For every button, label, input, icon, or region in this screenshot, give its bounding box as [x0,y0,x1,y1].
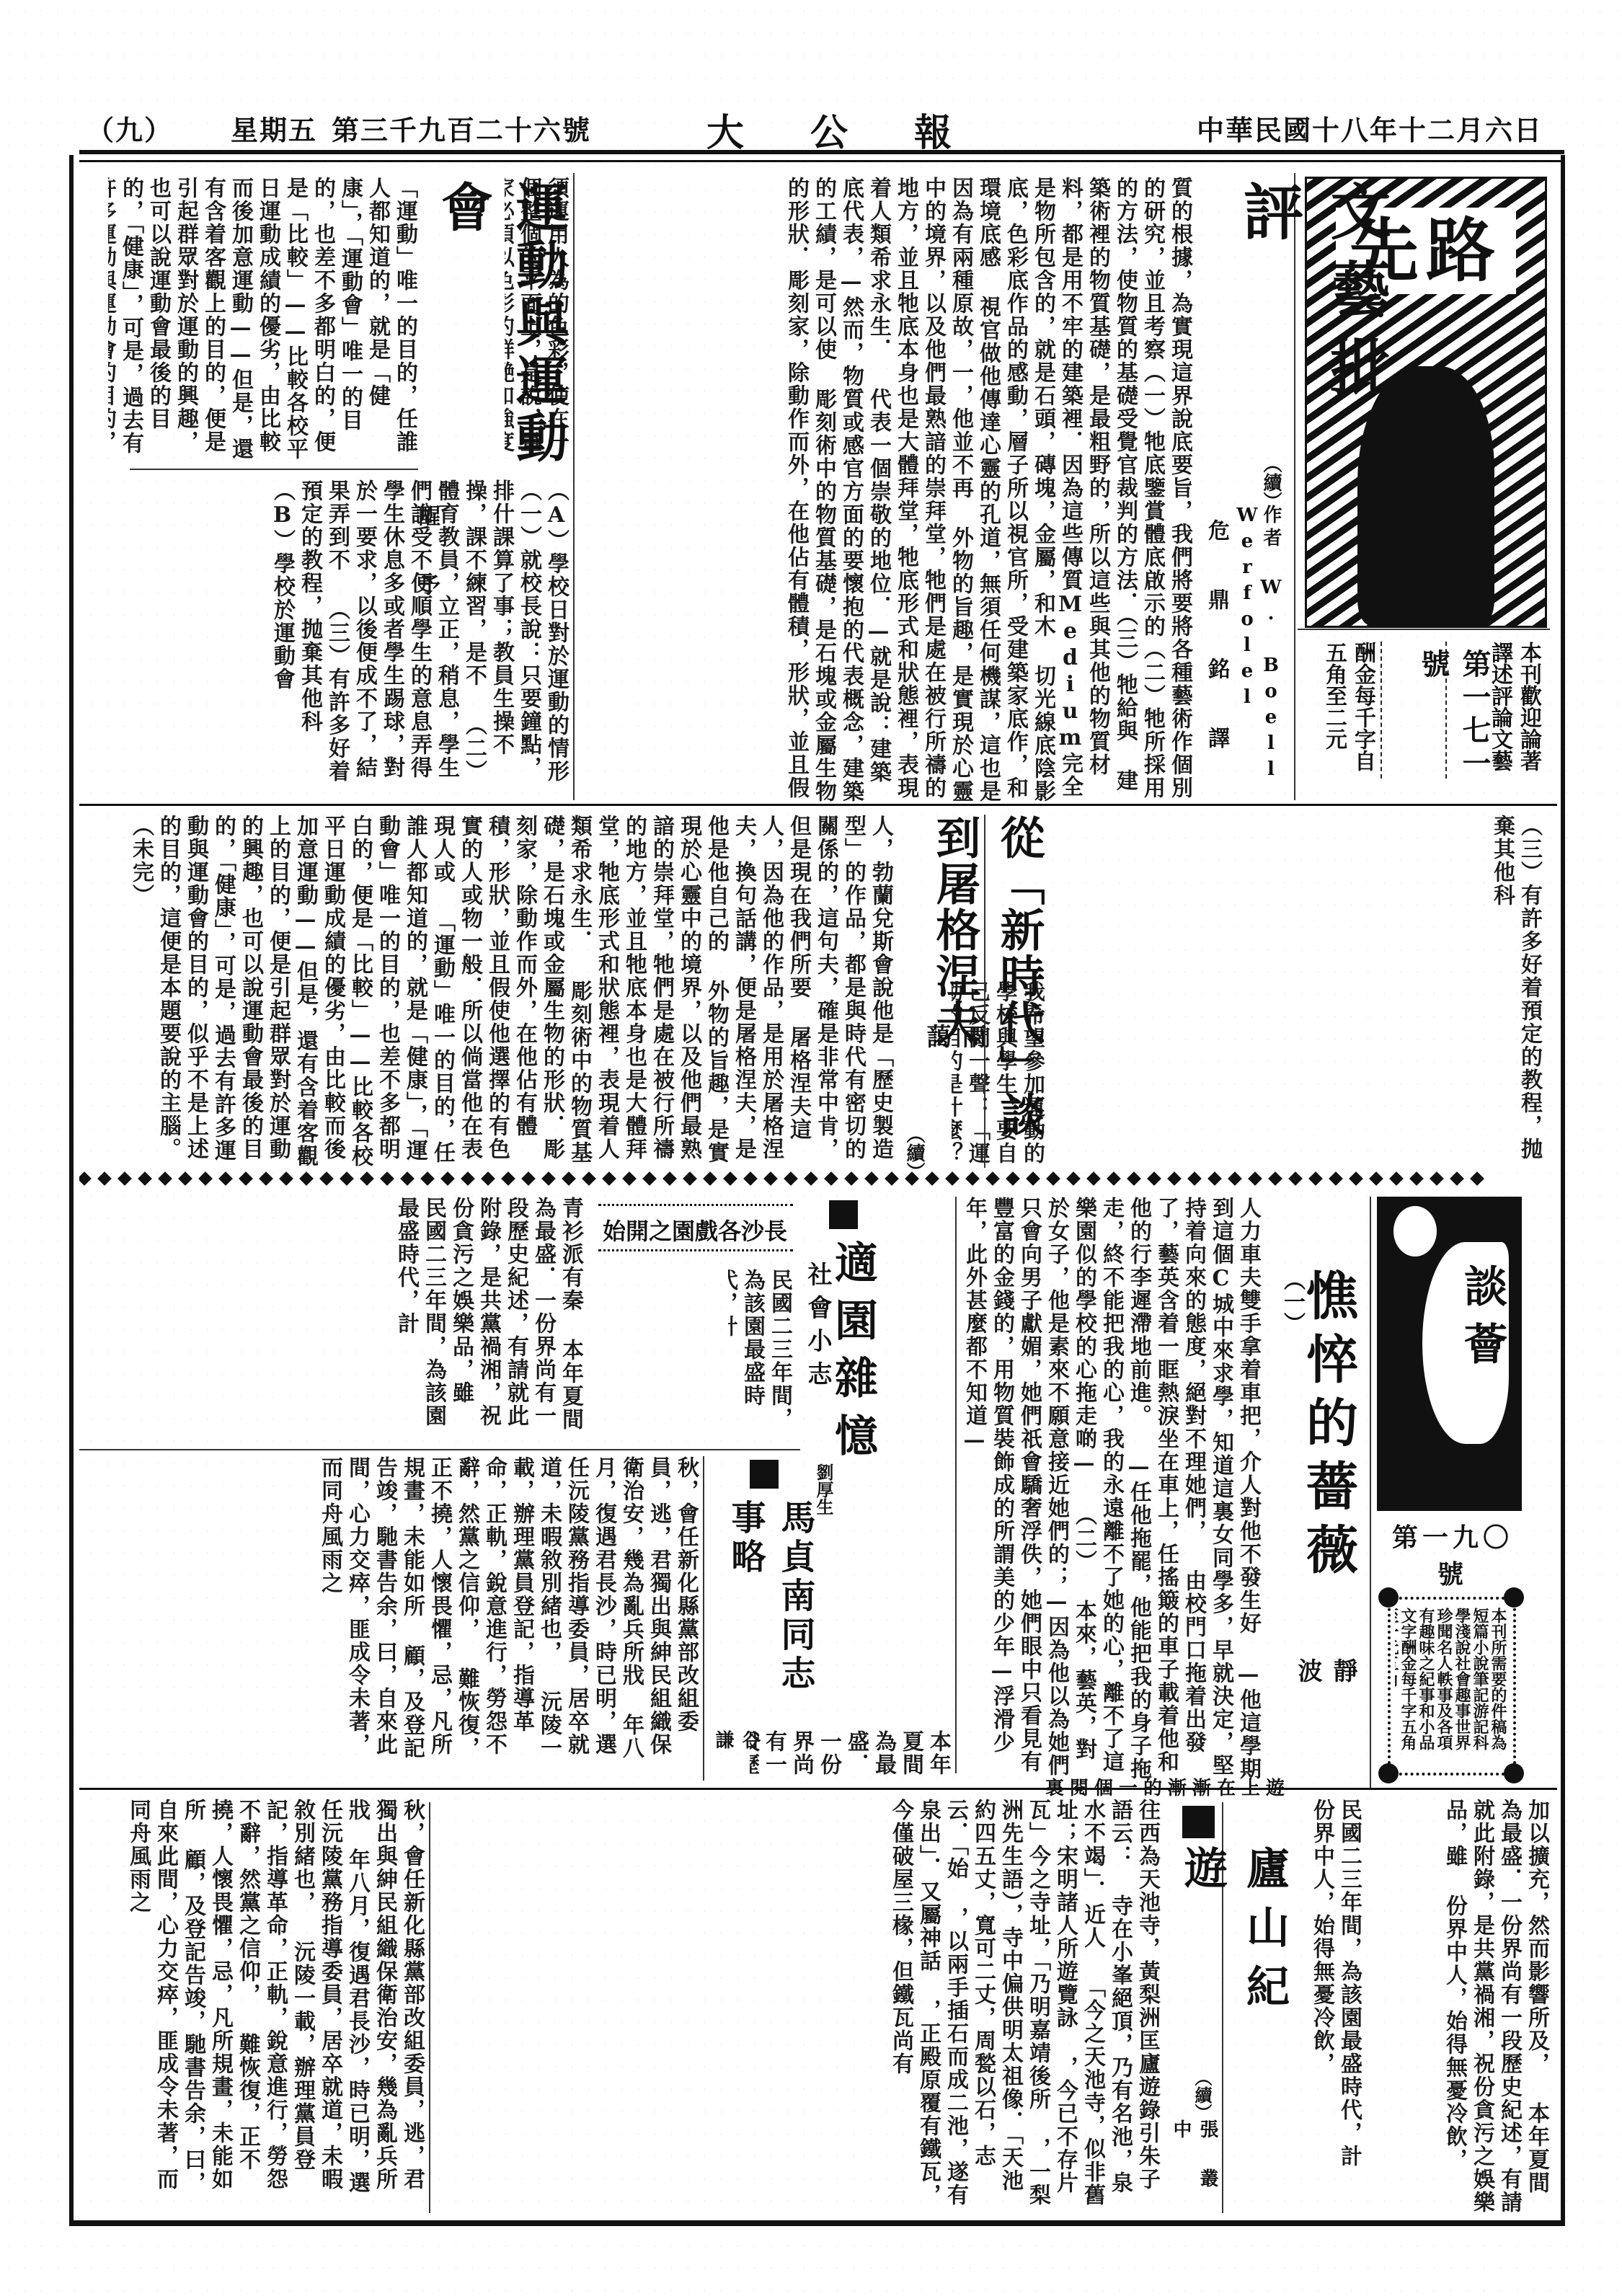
wenyi-body: 質的根據，為實現這界說底要旨，我們將要將各種藝術作個別的研究，並且考察（一）牠底… [782,177,1193,804]
yundong-paragraph: 「運動」唯一的目的，任誰人都知道的，就是「健康」，「運動會」唯一的目的，也差不多… [108,177,417,461]
corner-dot [1504,1587,1524,1608]
frame-right [1561,155,1565,2224]
yundong-divider [130,469,418,470]
shiyuan-continuation: 青衫派有秦 本年夏間為最盛．一份界尚有一段歷史紀述，有請就此附錄，是共黨禍湘，祝… [79,1197,584,1442]
mazhennan-section-title: 馬貞南同志事略 [721,1499,820,1730]
wenyi-section-title: 文藝批評 [1226,180,1400,483]
frame-left [69,155,74,2224]
row-divider [79,1788,1557,1790]
chapter-one: （一） [1276,1269,1308,1326]
publication-date: 中華民國十八年十二月六日 [1197,108,1543,148]
ornamental-border [79,1171,1557,1186]
tanhui-title: 談薈 [1451,1264,1513,1422]
masthead: （九） 星期五 第三千九百二十六號 大 公 報 中華民國十八年十二月六日 [72,108,1557,151]
corner-dot [1378,1587,1399,1608]
xianlu-divider [1298,629,1550,630]
frame-bottom [69,2220,1565,2226]
yundong-list: （A）學校日對於運動的情形 （一）就校長說：只要鐘點，排什課算了事；教員生操不操… [79,479,570,797]
issue-number: 第三千九百二十六號 [332,108,591,148]
section-marker-icon [829,1200,858,1229]
tanhui-story: 人力車夫雙手拿着車把，介人對他不發生好 —他這學期到這個C城中來求學，知道這裏女… [959,1197,1262,1781]
continued-mark: （續） [1189,2069,1215,2112]
wenyi-author: 作者 W. Boell Werfolel [1236,505,1285,793]
tanhui-notice: 本刊所需要的件稿為短篇小說筆記游記科學淺說社會趣事世界珍聞名人軼事及各項有趣味之… [1395,1608,1507,1763]
continued-mark: （續） [1258,454,1285,497]
section-marker-icon [1182,1806,1215,1838]
masthead-rule [79,150,1564,154]
corner-dot [1504,1763,1524,1783]
column-rule [1370,1197,1371,1788]
lushan-section-title: 廬山紀遊 [1171,1845,1295,2062]
yundong-section-title: 運動與運動會 [425,180,575,497]
yundong-item: （三）有許多好着預定的教程，抛棄其他科 [1489,815,1542,1161]
wenyi-issue-number: 第一七一號 [1413,649,1495,793]
column-rule [955,1197,957,1773]
yundong-subhead: （A）學校日對於運動的情形 [544,479,569,783]
shiyuan-subtitle: 社會小志 [800,1262,836,1406]
masthead-rule-thin [79,160,1564,162]
figure-head [1393,1206,1437,1256]
banner-text: 長沙各戲園之開始 [603,1213,787,1246]
yundong-intro: 「運動」唯一的目的，任誰人都知道的，就是「健康」，「運動會」唯一的目的，也差不多… [108,177,418,465]
tanhui-header-art: 談薈 [1377,1197,1522,1511]
xinshidai-body: 人，勃蘭兌斯會說他是「歷史製造型」的作品，都是與時代有密切的關係的，這句夫，確是… [79,815,894,1168]
wavy-divider [1381,642,1386,779]
section-divider [79,1449,800,1450]
lushan-top-line: 遊上在漸漸的一個閱裏 [1045,1773,1290,1800]
mazhennan-body-top: 秋，會任新化縣黨部改組委員，逃，君獨出與紳民組織保衛治安，幾為亂兵所戕 年八月，… [79,1456,699,1773]
mazhennan-body-bottom: 秋，會任新化縣黨部改組委員，逃，君獨出與紳民組織保衛治安，幾為亂兵所戕 年八月，… [79,1799,425,2213]
lushan-author: 張 叢 中 [1168,2119,1221,2213]
story-author: 靜 波 [1290,1658,1361,1766]
row-divider [79,804,1557,806]
bottom-right-text: 加以擴充，然而影響所及， 本年夏間為最盛．一份界尚有一段歷史紀述，有請就此附錄，… [1370,1799,1550,2217]
tanhui-issue-number: 第一九〇號 [1388,1517,1517,1591]
column-rule [703,1456,704,1781]
wenyi-pay-rate: 酬金每千字自五角至二元 [1319,642,1377,786]
xinshidai-section-title: 從「新時代」談到屠格涅夫 [923,815,1051,1168]
misc-text: 本年夏間為最盛．一份界尚有一段歷史紀述，有請就此附錄，是共黨禍湘，祝份貪污之娛樂… [750,1730,952,1781]
banner-box: 長沙各戲園之開始 [598,1204,793,1251]
lushan-body: 往西為天池寺，黃梨洲匡廬遊錄引朱子語云： 寺在小峯絕頂，乃有名池，泉水不竭」．近… [433,1799,1161,2213]
yundong-subhead: （B）學校於運動會 [270,479,295,691]
chapter-two: （二） [1071,1504,1096,1573]
corner-dot [1378,1763,1399,1783]
xinshidai-author: 雨 藹 [919,1024,990,1110]
weekday: 星期五 [231,108,317,148]
section-marker-icon [750,1460,779,1489]
continued-mark: （續） [901,1125,928,1168]
column-rule [429,1802,430,2213]
story-paragraph: 人力車夫雙手拿着車把，介人對他不發生好 [1236,1197,1261,1635]
wenyi-translator: 危 鼎 銘 譯 [1200,519,1232,793]
paper-name: 大 公 報 [706,102,966,156]
shiyuan-body: 民國二三年間，為該園最盛時代，計 [728,1269,793,1449]
wenyi-paragraph: 質的根據，為實現這界說底要旨，我們將要將各種藝術作個別的研究，並且考察（一）牠底… [1112,177,1192,799]
page-number: （九） [87,108,173,148]
